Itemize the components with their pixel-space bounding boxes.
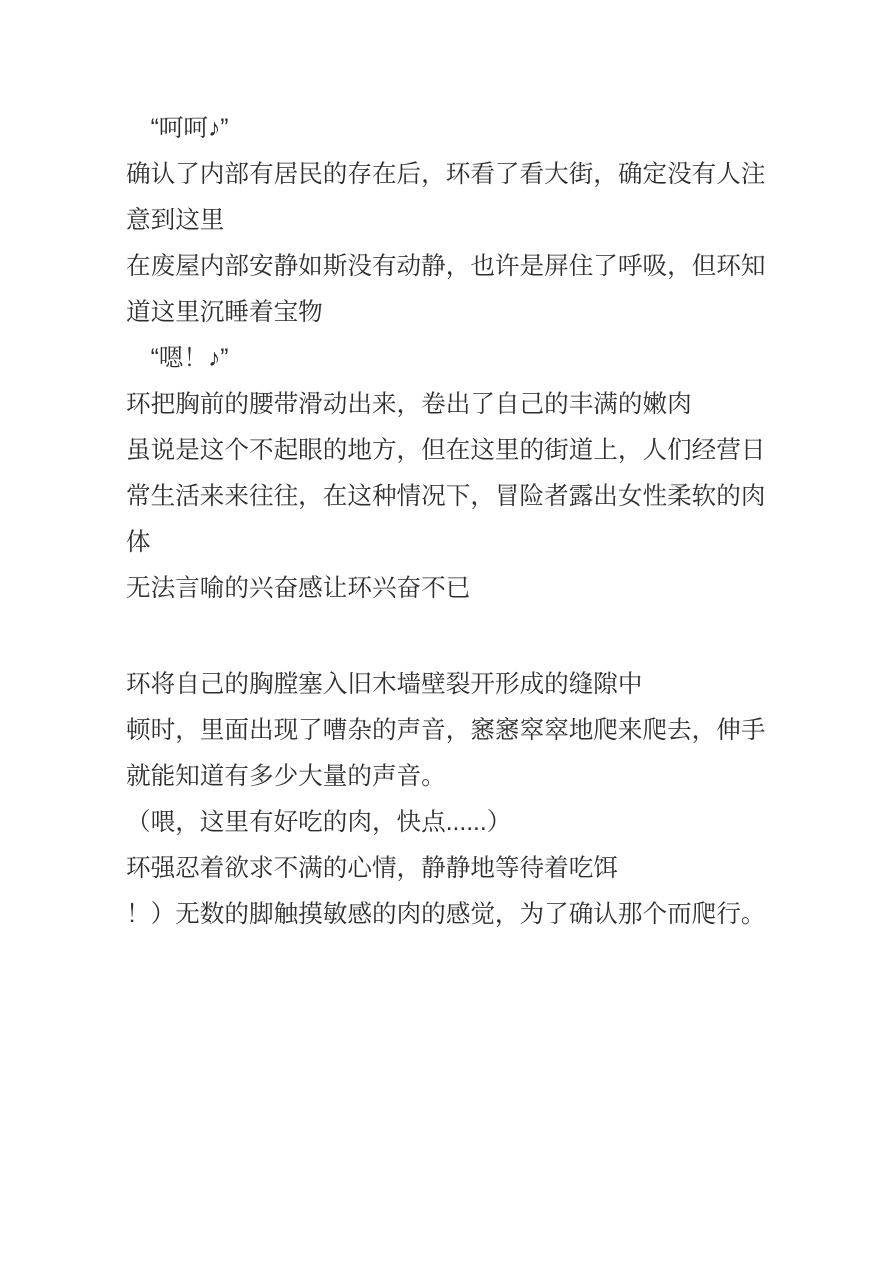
narration-line: 顿时，里面出现了嘈杂的声音，窸窸窣窣地爬来爬去，伸手就能知道有多少大量的声音。 (126, 708, 766, 800)
narration-line: 无法言喻的兴奋感让环兴奋不已 (126, 566, 766, 612)
narration-line: 确认了内部有居民的存在后，环看了看大街，确定没有人注意到这里 (126, 152, 766, 244)
document-page: “呵呵♪” 确认了内部有居民的存在后，环看了看大街，确定没有人注意到这里 在废屋… (0, 0, 892, 1262)
narration-line: 在废屋内部安静如斯没有动静，也许是屏住了呼吸，但环知道这里沉睡着宝物 (126, 244, 766, 336)
narration-line: 环强忍着欲求不满的心情，静静地等待着吃饵 (126, 846, 766, 892)
narration-line: 虽说是这个不起眼的地方，但在这里的街道上，人们经营日常生活来来往往，在这种情况下… (126, 428, 766, 566)
text-content: “呵呵♪” 确认了内部有居民的存在后，环看了看大街，确定没有人注意到这里 在废屋… (126, 106, 766, 938)
inner-voice-line: （喂，这里有好吃的肉，快点......） (126, 800, 766, 846)
blank-line (126, 612, 766, 662)
narration-line: ！）无数的脚触摸敏感的肉的感觉，为了确认那个而爬行。 (126, 892, 766, 938)
narration-line: 环把胸前的腰带滑动出来，卷出了自己的丰满的嫩肉 (126, 382, 766, 428)
dialogue-line: “呵呵♪” (126, 106, 766, 152)
dialogue-line: “嗯！♪” (126, 336, 766, 382)
narration-line: 环将自己的胸膛塞入旧木墙壁裂开形成的缝隙中 (126, 662, 766, 708)
